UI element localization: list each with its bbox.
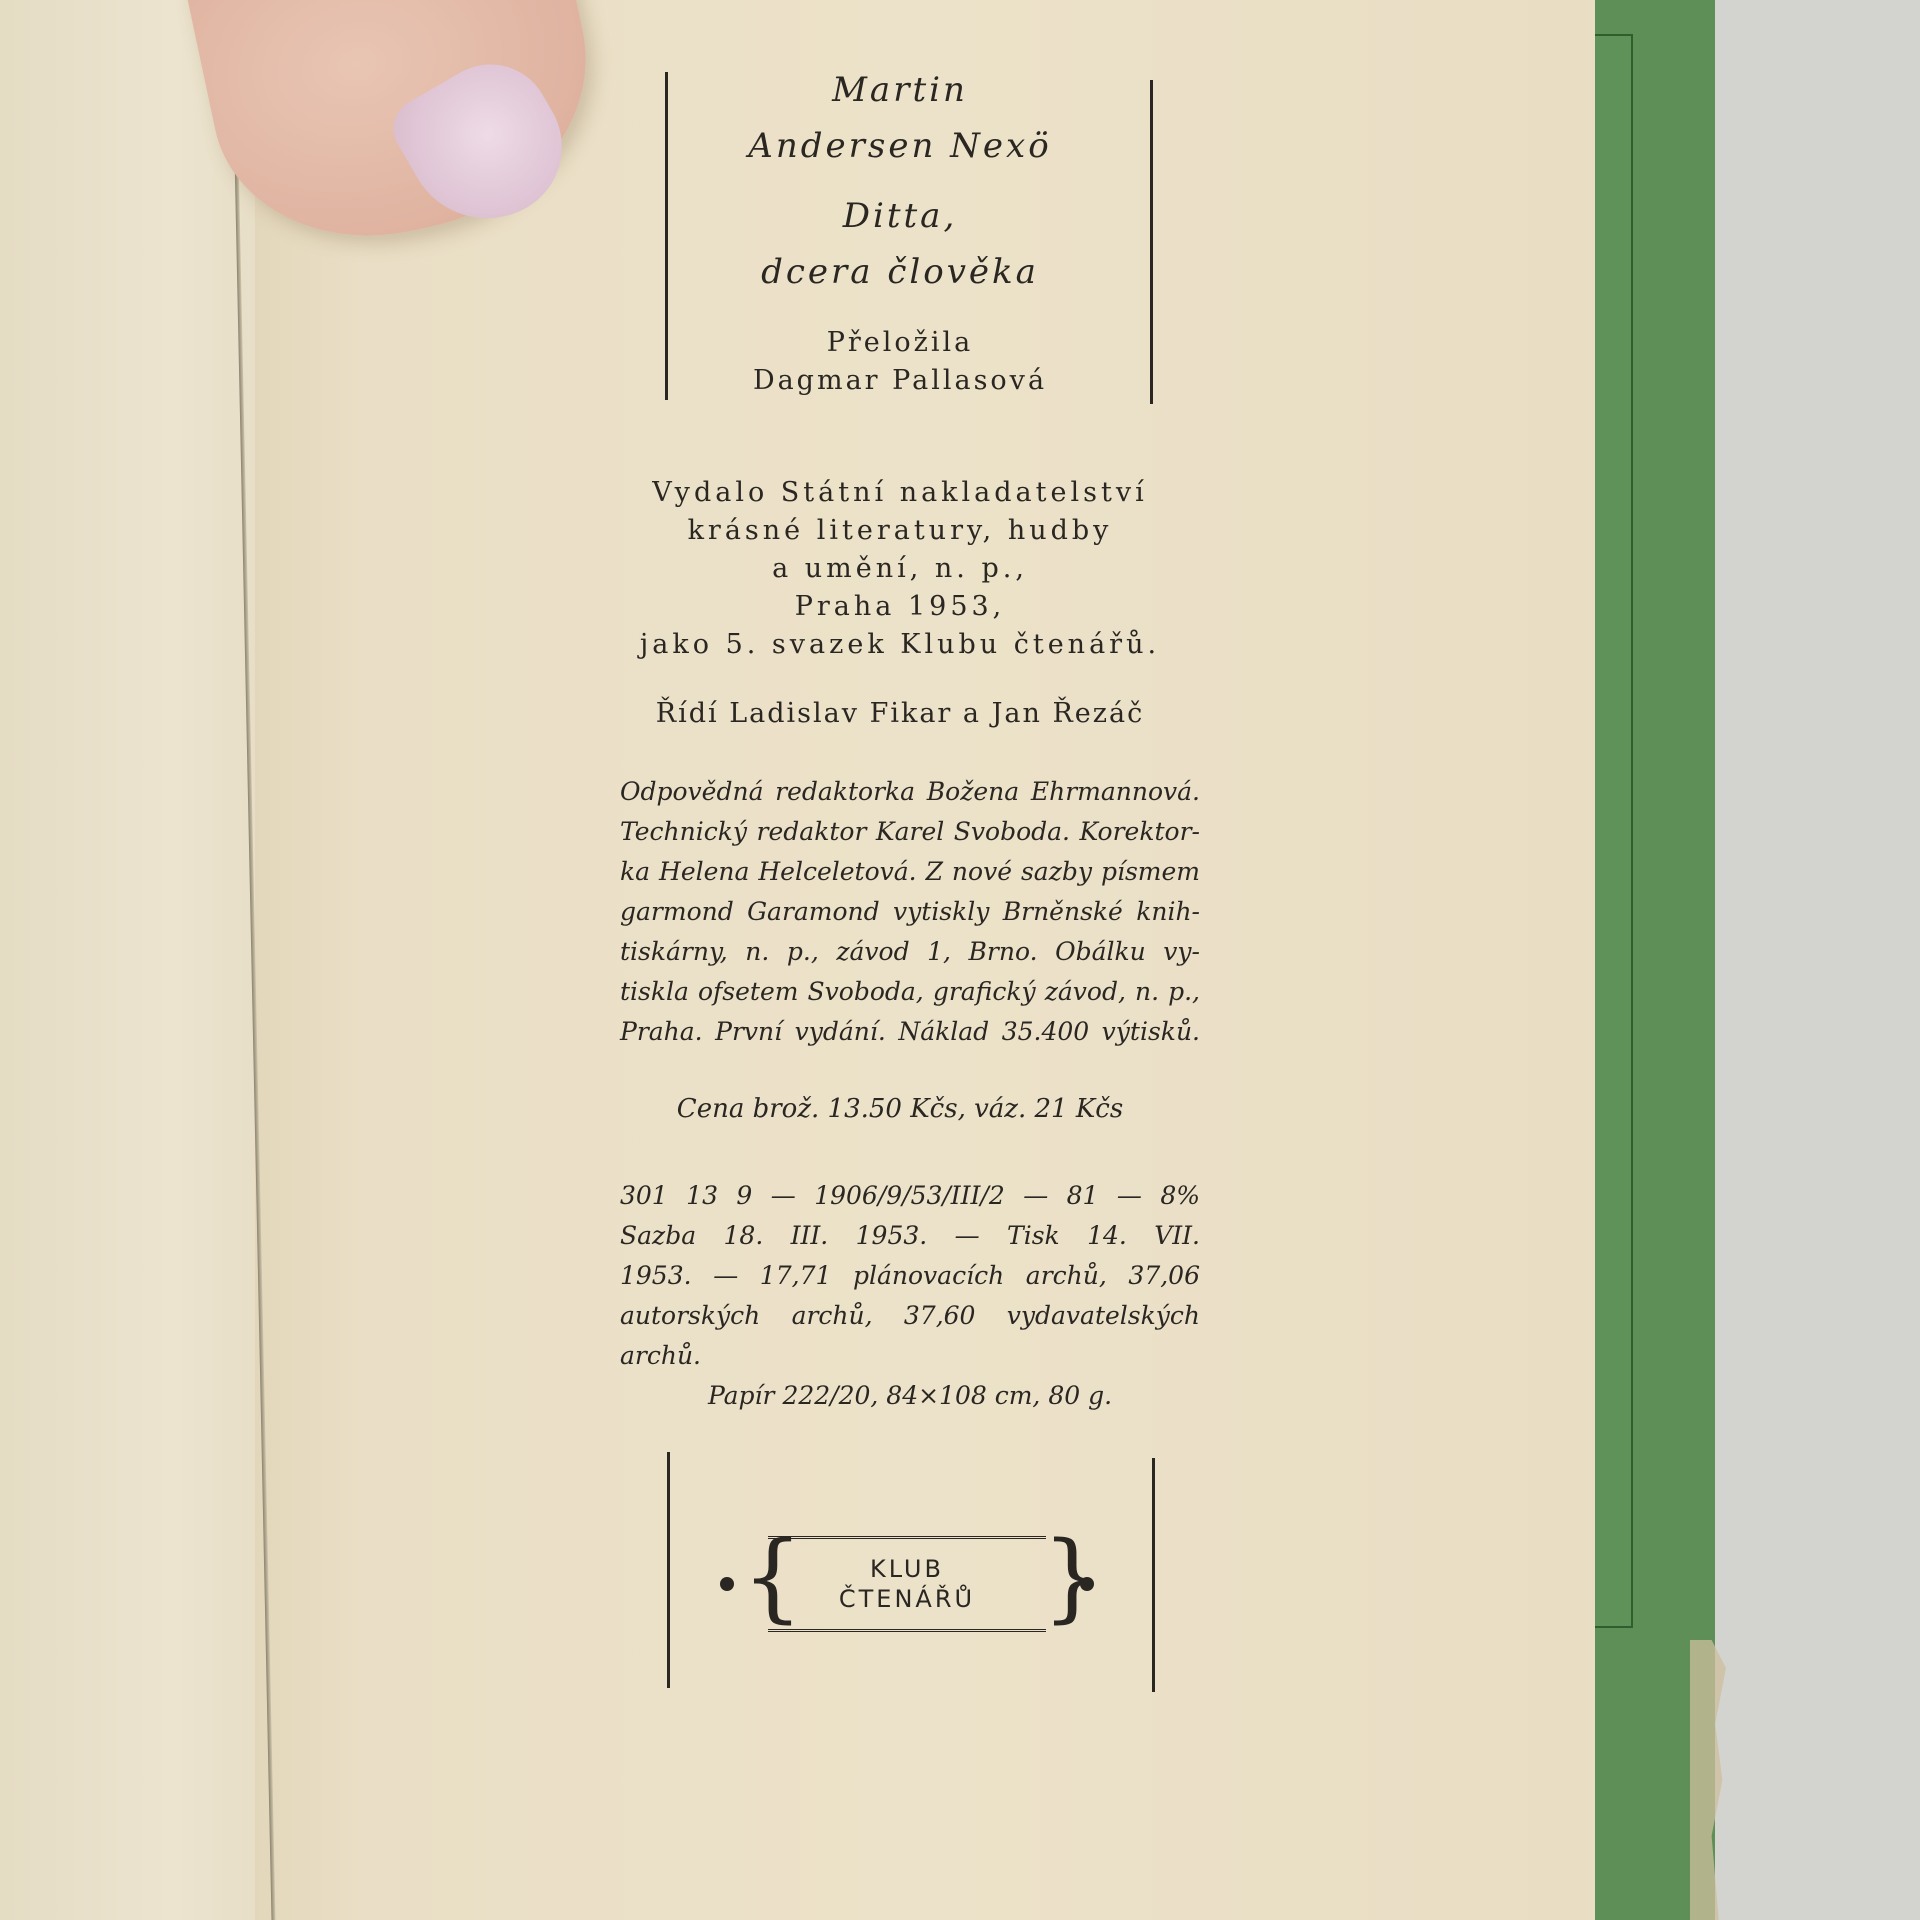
translator-label: Přeložila <box>600 324 1200 362</box>
colophon-line: Odpovědná redaktorka Božena Ehrmannová. <box>620 772 1200 812</box>
logo-line2: ČTENÁŘŮ <box>839 1584 975 1614</box>
book-title-line2: dcera člověka <box>600 244 1200 300</box>
logo-line1: KLUB <box>870 1554 944 1584</box>
series-editors: Řídí Ladislav Fikar a Jan Řezáč <box>600 698 1200 729</box>
title-block: Martin Andersen Nexö Ditta, dcera člověk… <box>600 62 1200 300</box>
publisher-line: Vydalo Státní nakladatelství <box>600 474 1200 512</box>
book-title-line1: Ditta, <box>600 188 1200 244</box>
colophon-line: tiskla ofsetem Svoboda, grafický závod, … <box>620 972 1200 1012</box>
print-data-line: 1953. — 17,71 plánovacích archů, 37,06 <box>620 1256 1200 1296</box>
colophon-line: garmond Garamond vytiskly Brněnské knih- <box>620 892 1200 932</box>
logo-ornament-dot <box>1080 1577 1094 1591</box>
klub-ctenaru-logo: { KLUB ČTENÁŘŮ } <box>768 1536 1046 1632</box>
print-data-block: 301 13 9 — 1906/9/53/III/2 — 81 — 8% Saz… <box>620 1176 1200 1416</box>
publisher-line: Praha 1953, <box>600 588 1200 626</box>
bottom-right-rule <box>1152 1458 1155 1692</box>
print-data-line: Papír 222/20, 84×108 cm, 80 g. <box>620 1376 1200 1416</box>
logo-right-bracket-icon: } <box>1042 1533 1072 1629</box>
bottom-left-rule <box>667 1452 670 1688</box>
publisher-line: krásné literatury, hudby <box>600 512 1200 550</box>
colophon-line: Technický redaktor Karel Svoboda. Korekt… <box>620 812 1200 852</box>
author-last-name: Andersen Nexö <box>600 118 1200 174</box>
print-data-line: autorských archů, 37,60 vydavatelských a… <box>620 1296 1200 1376</box>
author-first-name: Martin <box>600 62 1200 118</box>
colophon-line: Praha. První vydání. Náklad 35.400 výtis… <box>620 1012 1200 1052</box>
print-data-line: 301 13 9 — 1906/9/53/III/2 — 81 — 8% <box>620 1176 1200 1216</box>
publisher-block: Vydalo Státní nakladatelství krásné lite… <box>600 474 1200 664</box>
cover-border-line <box>1595 34 1633 1628</box>
background-surface <box>1700 0 1920 1920</box>
left-page <box>0 0 290 1920</box>
logo-ornament-dot <box>720 1577 734 1591</box>
price-line: Cena brož. 13.50 Kčs, váz. 21 Kčs <box>600 1094 1200 1124</box>
print-data-line: Sazba 18. III. 1953. — Tisk 14. VII. <box>620 1216 1200 1256</box>
translator-block: Přeložila Dagmar Pallasová <box>600 324 1200 400</box>
colophon-line: ka Helena Helceletová. Z nové sazby písm… <box>620 852 1200 892</box>
colophon-block: Odpovědná redaktorka Božena Ehrmannová. … <box>620 772 1200 1052</box>
logo-left-bracket-icon: { <box>742 1533 772 1629</box>
colophon-line: tiskárny, n. p., závod 1, Brno. Obálku v… <box>620 932 1200 972</box>
translator-name: Dagmar Pallasová <box>600 362 1200 400</box>
publisher-line: jako 5. svazek Klubu čtenářů. <box>600 626 1200 664</box>
publisher-line: a umění, n. p., <box>600 550 1200 588</box>
